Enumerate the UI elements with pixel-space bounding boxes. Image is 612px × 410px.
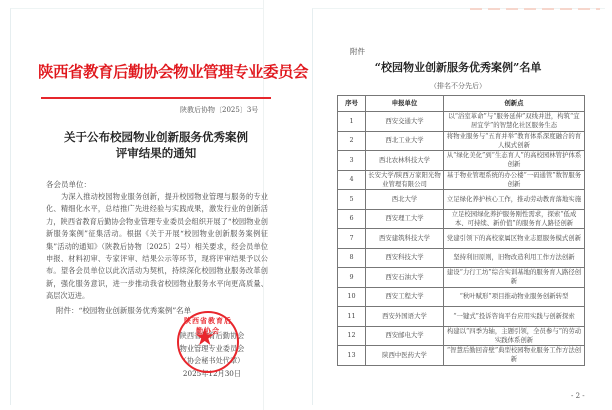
document-number: 陕教后协物〔2025〕3号 — [180, 105, 258, 115]
row-innovation: “智慧后勤回音壁”典型校园物业服务工作方法创新 — [444, 346, 585, 366]
org-title: 陕西省教育后勤协会物业管理专业委员会 — [38, 60, 278, 82]
row-no: 9 — [338, 268, 366, 288]
row-innovation: 坚持利旧原则，旧物改造利用工作方法创新 — [444, 248, 585, 268]
row-innovation: 基于物业管理系统的办公楼“一码通管”数智服务创新 — [444, 170, 585, 190]
row-unit: 西安邮电大学 — [366, 326, 444, 346]
row-innovation: 党建引领下的高校家属区物业志愿服务模式创新 — [444, 229, 585, 249]
row-innovation: 从“绿化美化”到“生态育人”的高校园林管护体系创新 — [444, 151, 585, 171]
table-row: 3西北农林科技大学从“绿化美化”到“生态育人”的高校园林管护体系创新 — [338, 151, 585, 171]
attachment-label: 附件 — [350, 46, 365, 57]
table-row: 11西安外国语大学“一键式”投诉咨询平台应用实践与创新探索 — [338, 307, 585, 327]
table-row: 7西安建筑科技大学党建引领下的高校家属区物业志愿服务模式创新 — [338, 229, 585, 249]
row-unit: 西安外国语大学 — [366, 307, 444, 327]
attachment-note: 附件：“校园物业创新服务优秀案例”名单 — [56, 305, 191, 316]
row-innovation: 将物业服务与“五育并举”教育体系深度融合的育人模式创新 — [444, 131, 585, 151]
row-unit: 西安科技大学 — [366, 248, 444, 268]
row-no: 11 — [338, 307, 366, 327]
table-row: 5西北大学立足绿化养护核心工作，推动劳动教育落地实施 — [338, 190, 585, 210]
row-innovation: 立足校园绿化养护服务刚性需求，探索“低成本、可持续、新价值”的服务育人路径创新 — [444, 209, 585, 229]
salutation: 各会员单位： — [46, 179, 91, 190]
row-no: 8 — [338, 248, 366, 268]
row-no: 4 — [338, 170, 366, 190]
row-innovation: 建设“力行工坊”综合实训基地的服务育人路径创新 — [444, 268, 585, 288]
row-no: 2 — [338, 131, 366, 151]
row-unit: 西安石油大学 — [366, 268, 444, 288]
row-no: 3 — [338, 151, 366, 171]
row-no: 12 — [338, 326, 366, 346]
row-innovation: “秋叶赋形”项目推动物业服务创新转型 — [444, 287, 585, 307]
notice-title: 关于公布校园物业创新服务优秀案例 评审结果的通知 — [40, 129, 272, 161]
row-unit: 西安交通大学 — [366, 112, 444, 132]
row-no: 13 — [338, 346, 366, 366]
table-row: 6西安理工大学立足校园绿化养护服务刚性需求，探索“低成本、可持续、新价值”的服务… — [338, 209, 585, 229]
row-unit: 西北农林科技大学 — [366, 151, 444, 171]
header-no: 序号 — [338, 96, 366, 112]
row-innovation: 以“浴室革命”与“服务延伸”双线并进，构筑“宜居宜学”的智慧化社区服务生态 — [444, 112, 585, 132]
seal-star-icon: ★ — [194, 325, 216, 349]
row-unit: 长安大学/陕西万家阳光物业管理有限公司 — [366, 170, 444, 190]
table-row: 13陕西中医药大学“智慧后勤回音壁”典型校园物业服务工作方法创新 — [338, 346, 585, 366]
row-innovation: 立足绿化养护核心工作，推动劳动教育落地实施 — [444, 190, 585, 210]
row-unit: 西北工业大学 — [366, 131, 444, 151]
notice-body: 为深入推动校园物业服务创新，提升校园物业管理与服务的专业化、精细化水平，总结推广… — [46, 191, 268, 303]
table-row: 4长安大学/陕西万家阳光物业管理有限公司基于物业管理系统的办公楼“一码通管”数智… — [338, 170, 585, 190]
row-no: 5 — [338, 190, 366, 210]
row-unit: 西安工程大学 — [366, 287, 444, 307]
list-subtitle: （排名不分先后） — [312, 81, 604, 91]
cases-table: 序号 申报单位 创新点 1西安交通大学以“浴室革命”与“服务延伸”双线并进，构筑… — [337, 95, 585, 366]
table-header-row: 序号 申报单位 创新点 — [338, 96, 585, 112]
header-unit: 申报单位 — [366, 96, 444, 112]
row-unit: 陕西中医药大学 — [366, 346, 444, 366]
row-no: 10 — [338, 287, 366, 307]
notice-title-line2: 评审结果的通知 — [40, 145, 272, 161]
table-row: 10西安工程大学“秋叶赋形”项目推动物业服务创新转型 — [338, 287, 585, 307]
row-no: 6 — [338, 209, 366, 229]
row-no: 1 — [338, 112, 366, 132]
table-row: 1西安交通大学以“浴室革命”与“服务延伸”双线并进，构筑“宜居宜学”的智慧化社区… — [338, 112, 585, 132]
table-row: 9西安石油大学建设“力行工坊”综合实训基地的服务育人路径创新 — [338, 268, 585, 288]
bleed-through-decoration — [470, 8, 600, 10]
page-number: - 2 - — [571, 392, 585, 400]
row-unit: 西安建筑科技大学 — [366, 229, 444, 249]
list-title: “校园物业创新服务优秀案例”名单 — [312, 59, 604, 75]
red-rule-divider — [41, 97, 271, 99]
row-no: 7 — [338, 229, 366, 249]
row-innovation: “一键式”投诉咨询平台应用实践与创新探索 — [444, 307, 585, 327]
table-row: 12西安邮电大学构建以“四季为轴，主题引领，全员参与”的劳动实践体系创新 — [338, 326, 585, 346]
row-unit: 西北大学 — [366, 190, 444, 210]
table-row: 2西北工业大学将物业服务与“五育并举”教育体系深度融合的育人模式创新 — [338, 131, 585, 151]
row-innovation: 构建以“四季为轴，主题引领，全员参与”的劳动实践体系创新 — [444, 326, 585, 346]
header-innovation: 创新点 — [444, 96, 585, 112]
table-row: 8西安科技大学坚持利旧原则，旧物改造利用工作方法创新 — [338, 248, 585, 268]
row-unit: 西安理工大学 — [366, 209, 444, 229]
notice-title-line1: 关于公布校园物业创新服务优秀案例 — [40, 129, 272, 145]
